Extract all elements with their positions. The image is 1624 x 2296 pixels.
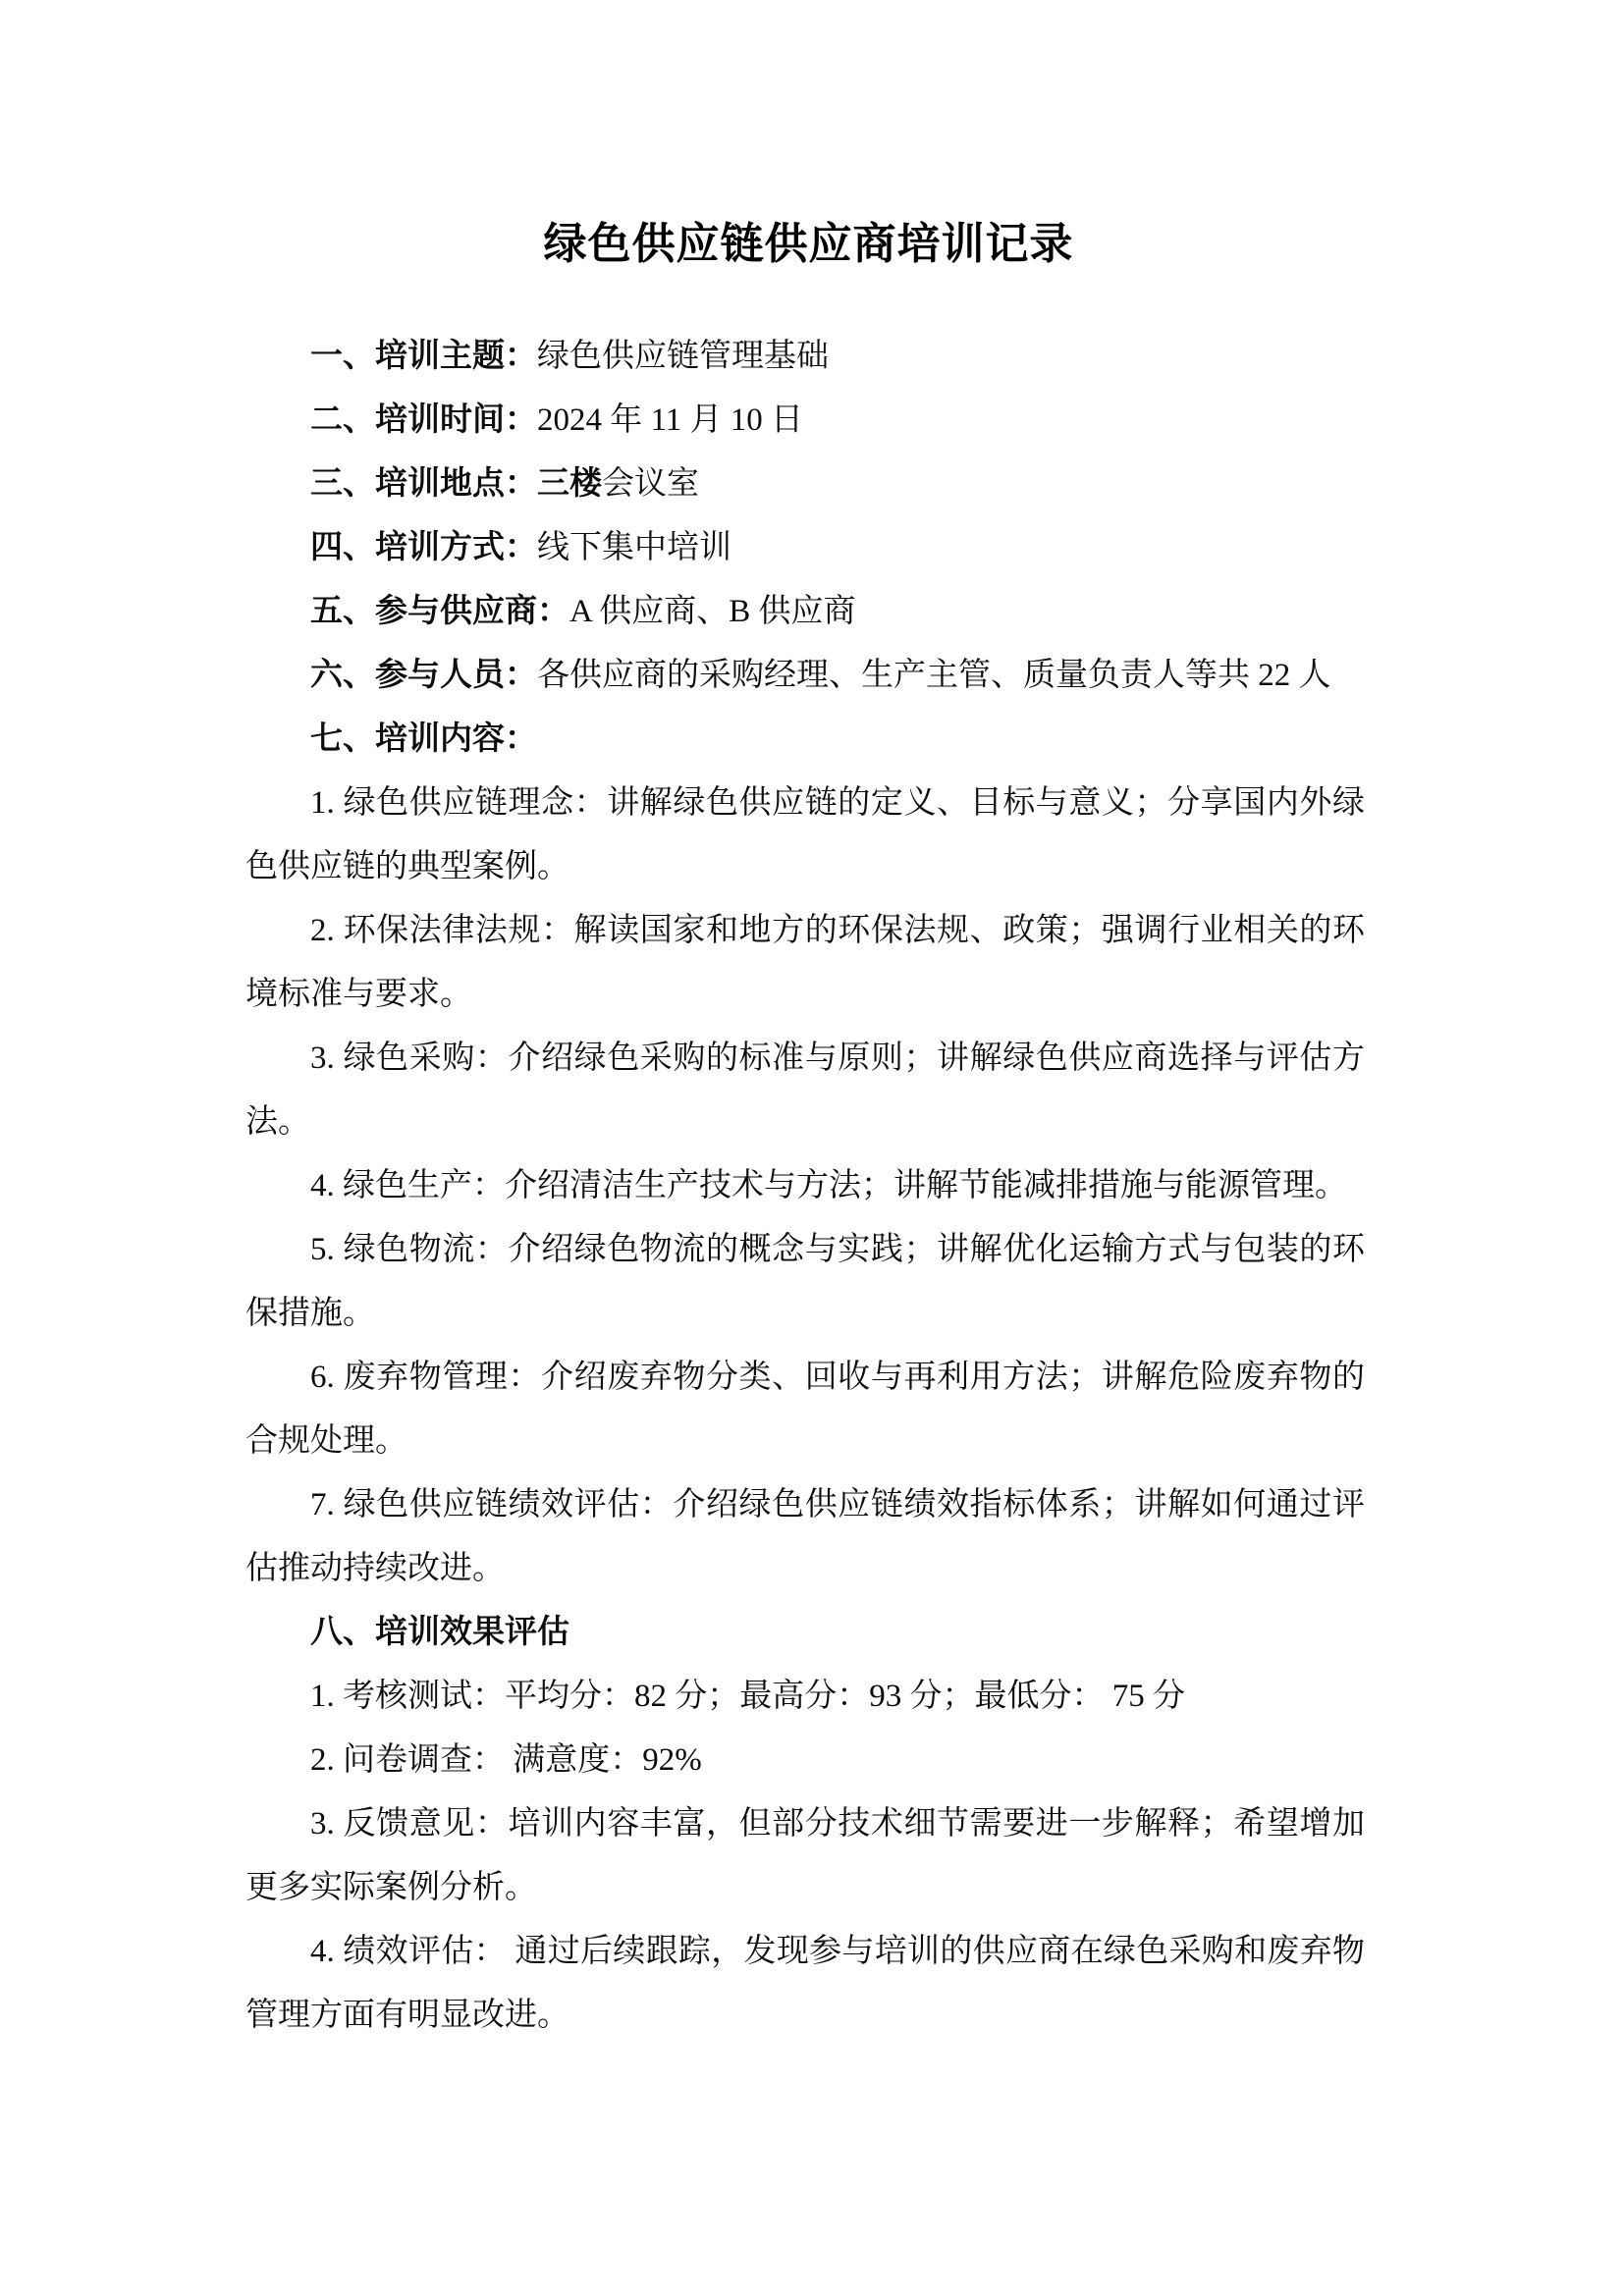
content-paragraph-6: 6. 废弃物管理：介绍废弃物分类、回收与再利用方法；讲解危险废弃物的合规处理。 xyxy=(245,1346,1365,1473)
meta-item-time-value: 2024 年 11 月 10 日 xyxy=(537,402,803,438)
meta-item-time-label: 二、培训时间： xyxy=(310,402,537,438)
evaluation-item-3: 3. 反馈意见：培训内容丰富，但部分技术细节需要进一步解释；希望增加更多实际案例… xyxy=(245,1792,1365,1920)
meta-item-location-label: 三、培训地点：三楼 xyxy=(310,466,602,502)
meta-item-suppliers-label: 五、参与供应商： xyxy=(310,594,569,629)
meta-item-participants-label: 六、参与人员： xyxy=(310,658,537,693)
document-page: 绿色供应链供应商培训记录 一、培训主题：绿色供应链管理基础 二、培训时间：202… xyxy=(0,0,1624,2296)
section-heading-evaluation-label: 八、培训效果评估 xyxy=(310,1615,569,1650)
content-paragraph-7: 7. 绿色供应链绩效评估：介绍绿色供应链绩效指标体系；讲解如何通过评估推动持续改… xyxy=(245,1473,1365,1601)
content-paragraph-1: 1. 绿色供应链理念：讲解绿色供应链的定义、目标与意义；分享国内外绿色供应链的典… xyxy=(245,772,1365,899)
section-heading-content-label: 七、培训内容： xyxy=(310,721,537,757)
meta-item-participants: 六、参与人员：各供应商的采购经理、生产主管、质量负责人等共 22 人 xyxy=(245,644,1365,708)
content-paragraph-5: 5. 绿色物流：介绍绿色物流的概念与实践；讲解优化运输方式与包装的环保措施。 xyxy=(245,1218,1365,1346)
meta-item-method-value: 线下集中培训 xyxy=(537,530,731,565)
document-title: 绿色供应链供应商培训记录 xyxy=(245,212,1372,276)
evaluation-item-2: 2. 问卷调查： 满意度：92% xyxy=(245,1729,1365,1792)
evaluation-item-1: 1. 考核测试：平均分：82 分；最高分：93 分；最低分： 75 分 xyxy=(245,1665,1365,1729)
meta-item-topic-value: 绿色供应链管理基础 xyxy=(537,339,829,374)
meta-item-method-label: 四、培训方式： xyxy=(310,530,537,565)
meta-item-time: 二、培训时间：2024 年 11 月 10 日 xyxy=(245,389,1365,453)
meta-item-suppliers-value: A 供应商、B 供应商 xyxy=(569,594,856,629)
content-paragraph-2: 2. 环保法律法规：解读国家和地方的环保法规、政策；强调行业相关的环境标准与要求… xyxy=(245,899,1365,1027)
content-paragraph-3: 3. 绿色采购：介绍绿色采购的标准与原则；讲解绿色供应商选择与评估方法。 xyxy=(245,1027,1365,1154)
section-heading-evaluation: 八、培训效果评估 xyxy=(245,1601,1365,1665)
meta-item-topic-label: 一、培训主题： xyxy=(310,339,537,374)
meta-item-location-value: 会议室 xyxy=(602,466,699,502)
meta-item-method: 四、培训方式：线下集中培训 xyxy=(245,516,1365,580)
document-body: 一、培训主题：绿色供应链管理基础 二、培训时间：2024 年 11 月 10 日… xyxy=(245,325,1365,2048)
meta-item-location: 三、培训地点：三楼会议室 xyxy=(245,453,1365,516)
meta-item-topic: 一、培训主题：绿色供应链管理基础 xyxy=(245,325,1365,389)
meta-item-suppliers: 五、参与供应商：A 供应商、B 供应商 xyxy=(245,580,1365,644)
evaluation-item-4: 4. 绩效评估： 通过后续跟踪，发现参与培训的供应商在绿色采购和废弃物管理方面有… xyxy=(245,1920,1365,2048)
section-heading-content: 七、培训内容： xyxy=(245,708,1365,772)
content-paragraph-4: 4. 绿色生产：介绍清洁生产技术与方法；讲解节能减排措施与能源管理。 xyxy=(245,1154,1365,1218)
meta-item-participants-value: 各供应商的采购经理、生产主管、质量负责人等共 22 人 xyxy=(537,658,1331,693)
